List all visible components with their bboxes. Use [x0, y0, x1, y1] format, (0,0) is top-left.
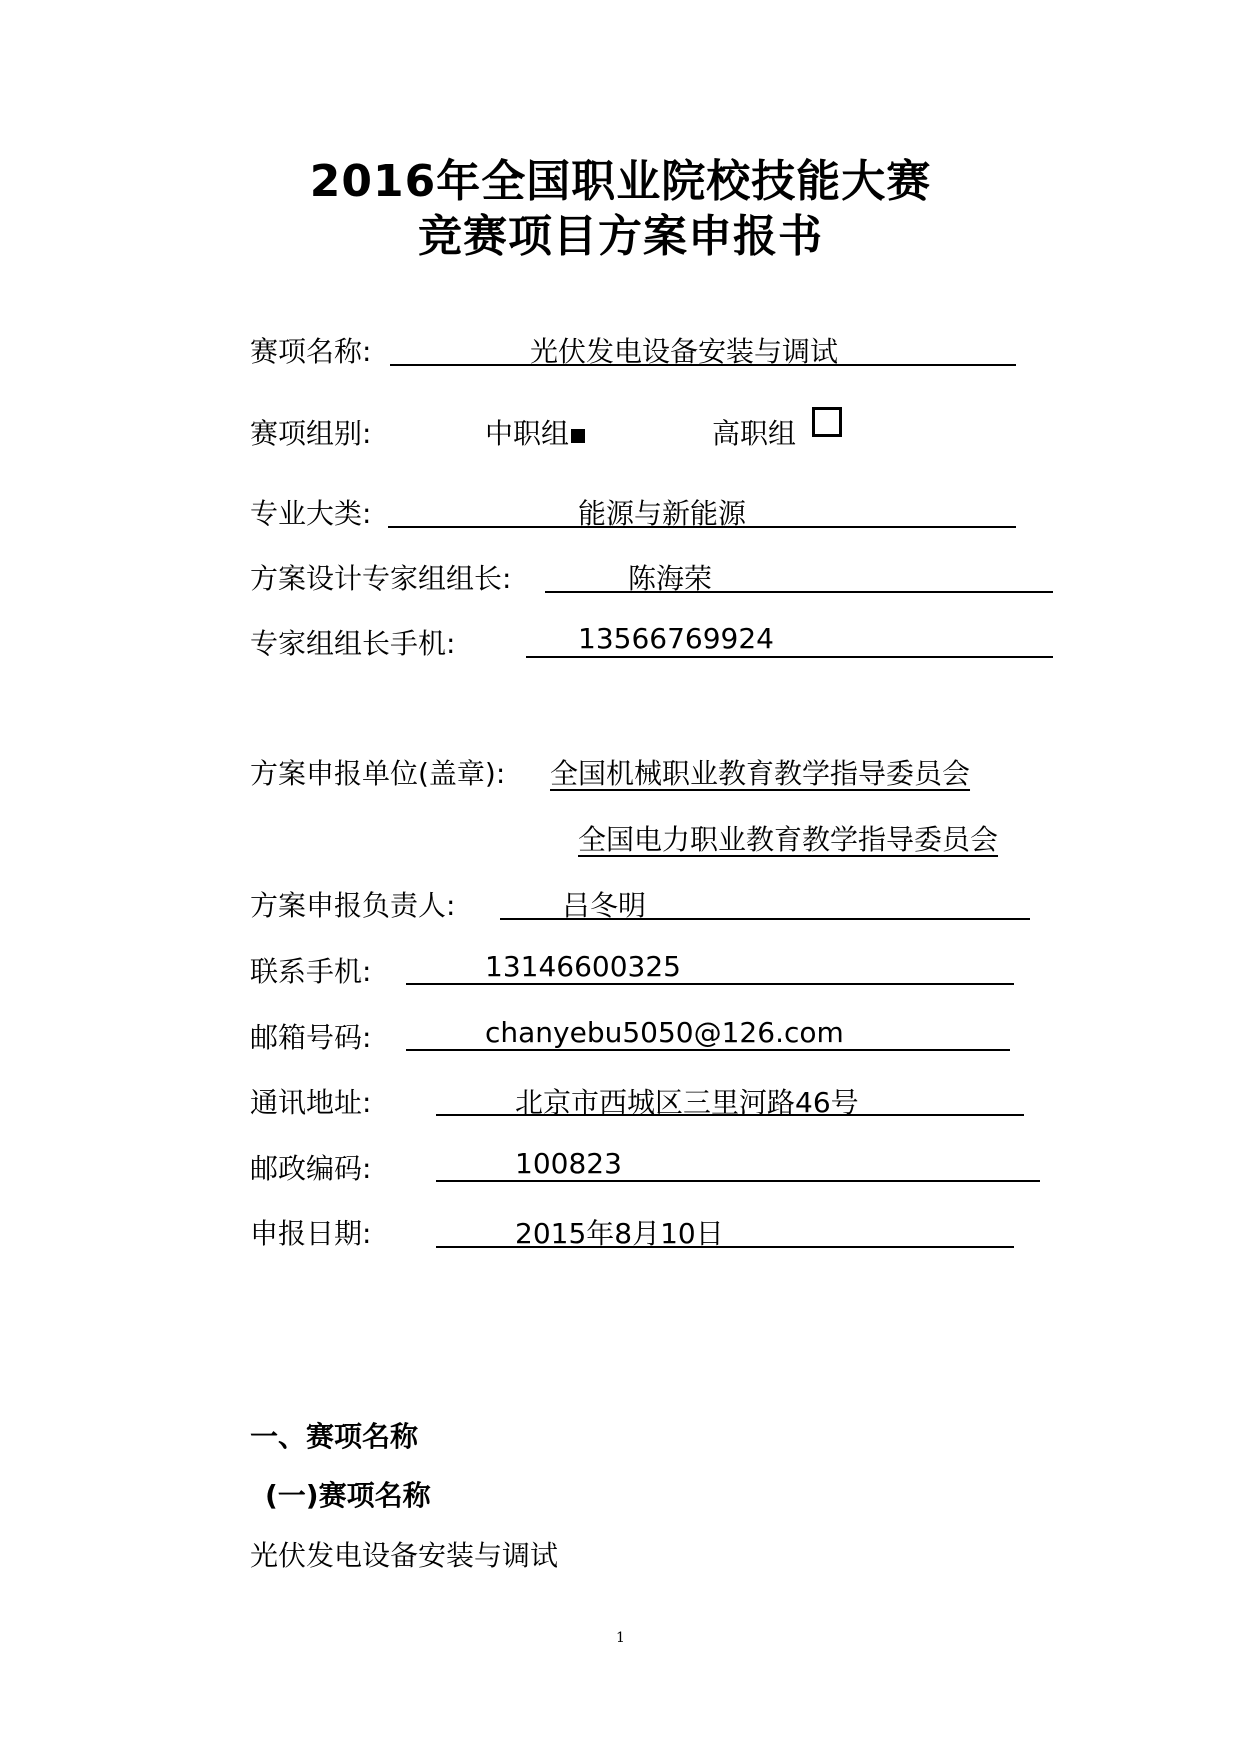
postcode-label: 邮政编码:: [250, 1147, 371, 1187]
contact-phone-value: 13146600325: [485, 950, 681, 983]
address-label: 通讯地址:: [250, 1081, 371, 1121]
event-name-underline: [390, 364, 1016, 366]
leader-phone-value: 13566769924: [578, 622, 774, 655]
expert-leader-underline: [545, 591, 1053, 593]
email-underline: [406, 1049, 1010, 1051]
date-label: 申报日期:: [250, 1212, 371, 1252]
leader-phone-label: 专家组组长手机:: [250, 622, 455, 662]
contact-phone-underline: [406, 983, 1014, 985]
email-value: chanyebu5050@126.com: [485, 1016, 844, 1049]
doc-title-line2: 竞赛项目方案申报书: [0, 200, 1241, 264]
unit-label: 方案申报单位(盖章):: [250, 752, 505, 792]
major-underline: [388, 526, 1016, 528]
page-number: 1: [0, 1630, 1241, 1646]
group-option-secondary: 中职组: [485, 412, 585, 452]
unit-value-2: 全国电力职业教育教学指导委员会: [578, 818, 998, 858]
responsible-label: 方案申报负责人:: [250, 884, 455, 924]
unit-value-1: 全国机械职业教育教学指导委员会: [550, 752, 970, 792]
event-name-label: 赛项名称:: [250, 330, 371, 370]
responsible-underline: [500, 918, 1030, 920]
date-underline: [436, 1246, 1014, 1248]
checked-square-icon[interactable]: [571, 429, 585, 443]
expert-leader-label: 方案设计专家组组长:: [250, 557, 511, 597]
leader-phone-underline: [526, 656, 1053, 658]
section-body: 光伏发电设备安装与调试: [250, 1534, 558, 1574]
unchecked-box-icon[interactable]: [812, 407, 842, 437]
contact-phone-label: 联系手机:: [250, 950, 371, 990]
email-label: 邮箱号码:: [250, 1016, 371, 1056]
section-heading: 一、赛项名称: [250, 1415, 418, 1455]
address-underline: [436, 1114, 1024, 1116]
group-option-higher-label: 高职组: [712, 412, 796, 452]
group-label: 赛项组别:: [250, 412, 371, 452]
postcode-value: 100823: [515, 1147, 622, 1180]
group-option-secondary-label: 中职组: [485, 417, 569, 450]
major-label: 专业大类:: [250, 492, 371, 532]
postcode-underline: [436, 1180, 1040, 1182]
section-subheading: (一)赛项名称: [265, 1474, 431, 1514]
